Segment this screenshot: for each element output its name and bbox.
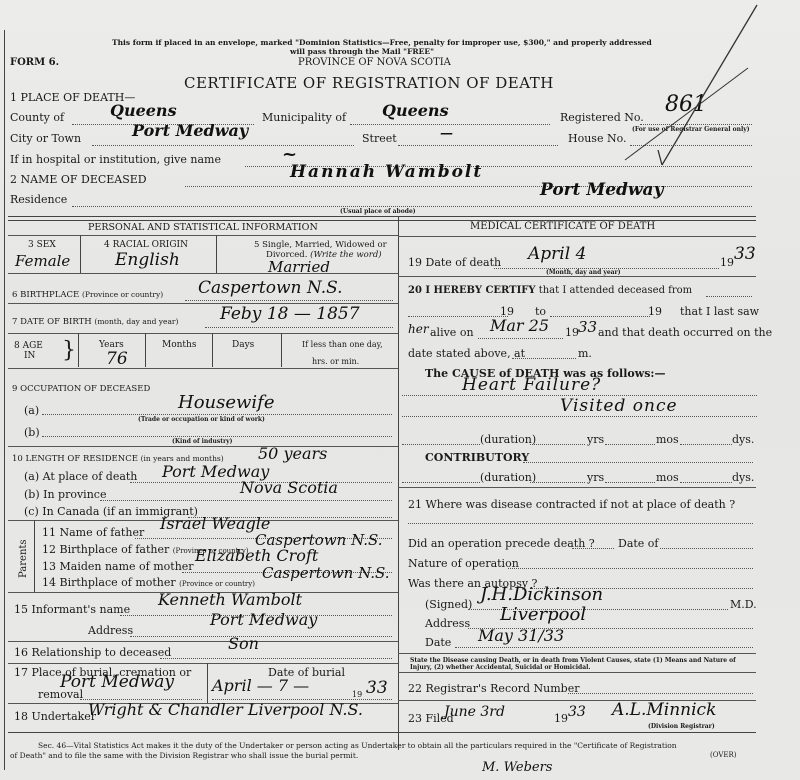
residence-length-value: 50 years <box>258 444 327 463</box>
mother-birthplace-value: Caspertown N.S. <box>262 564 390 582</box>
province-title: PROVINCE OF NOVA SCOTIA <box>298 57 451 68</box>
birthplace-value: Caspertown N.S. <box>198 278 343 298</box>
county-value: Queens <box>110 101 177 120</box>
date-of-death-value: April 4 <box>528 244 586 264</box>
date-of-death-label: 19 Date of death <box>408 256 501 269</box>
signature-date-label: Date <box>425 636 451 649</box>
undertaker-value: Wright & Chandler Liverpool N.S. <box>88 700 363 719</box>
parents-label: Parents <box>18 539 29 578</box>
certify-line: 20 I HEREBY CERTIFY that I attended dece… <box>408 285 692 296</box>
death-certificate: This form if placed in an envelope, mark… <box>0 0 800 780</box>
racial-origin-label: 4 RACIAL ORIGIN <box>104 240 188 250</box>
occupation-b-note: (Kind of industry) <box>172 438 233 445</box>
age-brace: } <box>62 338 76 363</box>
residence-note: (Usual place of abode) <box>340 208 416 215</box>
pronoun-value: her <box>408 322 429 336</box>
contributory-yrs-label: yrs <box>587 471 604 484</box>
death-year-value: 33 <box>734 244 756 264</box>
birthplace-label: 6 BIRTHPLACE (Province or country) <box>12 290 163 300</box>
operation-date-label: Date of <box>618 537 659 550</box>
sex-value: Female <box>15 252 70 270</box>
registrar-signature: A.L.Minnick <box>612 700 716 720</box>
racial-origin-value: English <box>115 250 180 270</box>
contributory-label: CONTRIBUTORY <box>425 451 529 464</box>
mother-maiden-label: 13 Maiden name of mother <box>42 560 194 573</box>
relationship-value: Son <box>228 634 259 653</box>
deceased-name-value: Hannah Wambolt <box>290 162 483 182</box>
in-province-value: Nova Scotia <box>240 478 338 497</box>
instructions-note: State the Disease causing Death, or in d… <box>410 657 755 671</box>
informant-label: 15 Informant's name <box>14 603 130 616</box>
contributory-duration-label: (duration) <box>480 471 536 484</box>
age-label-2: IN <box>24 351 35 361</box>
occupation-a-value: Housewife <box>178 392 275 413</box>
registrar-note: (Division Registrar) <box>648 723 715 730</box>
nature-operation-label: Nature of operation <box>408 557 519 570</box>
deceased-name-label: 2 NAME OF DECEASED <box>10 173 147 186</box>
in-province-label: (b) In province <box>24 488 106 501</box>
record-number-label: 22 Registrar's Record Number <box>408 682 579 695</box>
column-divider <box>398 216 399 750</box>
mother-birthplace-label: 14 Birthplace of mother (Province or cou… <box>42 576 255 589</box>
physician-address-value: Liverpool <box>500 604 586 625</box>
hospital-label: If in hospital or institution, give name <box>10 153 221 166</box>
to-year-prefix: 19 <box>648 305 662 318</box>
municipality-label: Municipality of <box>262 111 346 124</box>
medical-section-title: MEDICAL CERTIFICATE OF DEATH <box>470 221 655 232</box>
less-than-day-label: If less than one day, <box>302 340 383 349</box>
bottom-signature: M. Webers <box>482 760 552 775</box>
alive-year-prefix: 19 <box>565 326 579 339</box>
cause-line1: Heart Failure? <box>462 375 601 395</box>
sec46-line2: of Death" and to file the same with the … <box>10 751 358 760</box>
city-label: City or Town <box>10 132 81 145</box>
occupation-a-label: (a) <box>24 404 39 417</box>
alive-on-text: alive on <box>430 326 474 339</box>
mail-notice-line2: will pass through the Mail "FREE" <box>290 47 434 56</box>
relationship-label: 16 Relationship to deceased <box>14 646 171 659</box>
mother-maiden-value: Elizabeth Croft <box>195 546 318 565</box>
filed-year-prefix: 19 <box>554 712 568 725</box>
sec46-line1: Sec. 46—Vital Statistics Act makes it th… <box>38 741 677 750</box>
check-mark-strokes <box>600 0 800 180</box>
street-label: Street <box>362 132 397 145</box>
at-place-label: (a) At place of death <box>24 470 137 483</box>
occupation-a-note: (Trade or occupation or kind of work) <box>138 416 265 423</box>
filed-year-value: 33 <box>568 704 586 720</box>
alive-year-value: 33 <box>578 318 597 336</box>
days-label: Days <box>232 340 254 350</box>
death-year-prefix: 19 <box>720 256 734 269</box>
municipality-value: Queens <box>382 101 449 120</box>
last-saw-text: that I last saw <box>680 305 759 318</box>
years-value: 76 <box>106 349 128 369</box>
father-name-value: Israel Weagle <box>160 514 270 533</box>
street-value: — <box>440 126 453 141</box>
physician-address-label: Address <box>425 617 470 630</box>
months-label: Months <box>162 340 196 350</box>
burial-date-value: April — 7 — <box>212 676 309 695</box>
md-label: M.D. <box>730 598 757 611</box>
marital-label: 5 Single, Married, Widowed or <box>254 240 387 250</box>
signature-date-value: May 31/33 <box>478 626 564 645</box>
mail-notice-line1: This form if placed in an envelope, mark… <box>112 38 652 47</box>
occurred-text: and that death occurred on the <box>598 326 772 339</box>
informant-address-value: Port Medway <box>210 610 317 629</box>
filed-value: June 3rd <box>444 704 505 720</box>
duration-label: (duration) <box>480 433 536 446</box>
contracted-label: 21 Where was disease contracted if not a… <box>408 498 735 511</box>
over-label: (OVER) <box>710 751 737 759</box>
occupation-label: 9 OCCUPATION OF DECEASED <box>12 384 150 394</box>
physician-signature: J.H.Dickinson <box>480 584 603 605</box>
dob-label: 7 DATE OF BIRTH (month, day and year) <box>12 317 178 327</box>
m-text: m. <box>578 347 592 360</box>
age-label: 8 AGE <box>14 341 43 351</box>
burial-place-value: Port Medway <box>60 672 174 692</box>
form-number: FORM 6. <box>10 57 59 68</box>
burial-year-prefix: 19 <box>352 690 362 699</box>
yrs-label: yrs <box>587 433 604 446</box>
sex-label: 3 SEX <box>28 240 56 250</box>
dob-value: Feby 18 — 1857 <box>220 304 360 324</box>
father-name-label: 11 Name of father <box>42 526 144 539</box>
informant-address-label: Address <box>88 624 133 637</box>
city-value: Port Medway <box>132 121 248 140</box>
mos-label: mos <box>656 433 679 446</box>
contributory-dys-label: dys. <box>732 471 754 484</box>
personal-section-title: PERSONAL AND STATISTICAL INFORMATION <box>88 222 318 233</box>
contributory-mos-label: mos <box>656 471 679 484</box>
left-border <box>4 30 5 770</box>
residence-value: Port Medway <box>540 180 663 200</box>
burial-year-value: 33 <box>366 678 388 698</box>
date-of-death-note: (Month, day and year) <box>546 269 621 276</box>
occupation-b-label: (b) <box>24 426 40 439</box>
operation-label: Did an operation precede death ? <box>408 537 595 550</box>
certificate-title: CERTIFICATE OF REGISTRATION OF DEATH <box>184 74 554 92</box>
undertaker-label: 18 Undertaker <box>14 710 96 723</box>
signed-label: (Signed) <box>425 598 472 611</box>
hrs-min-label: hrs. or min. <box>312 357 359 366</box>
residence-label: Residence <box>10 193 67 206</box>
cause-line2: Visited once <box>560 396 678 416</box>
alive-on-value: Mar 25 <box>490 316 549 335</box>
informant-value: Kenneth Wambolt <box>158 590 302 609</box>
dys-label: dys. <box>732 433 754 446</box>
county-label: County of <box>10 111 64 124</box>
date-stated-text: date stated above, at <box>408 347 525 360</box>
